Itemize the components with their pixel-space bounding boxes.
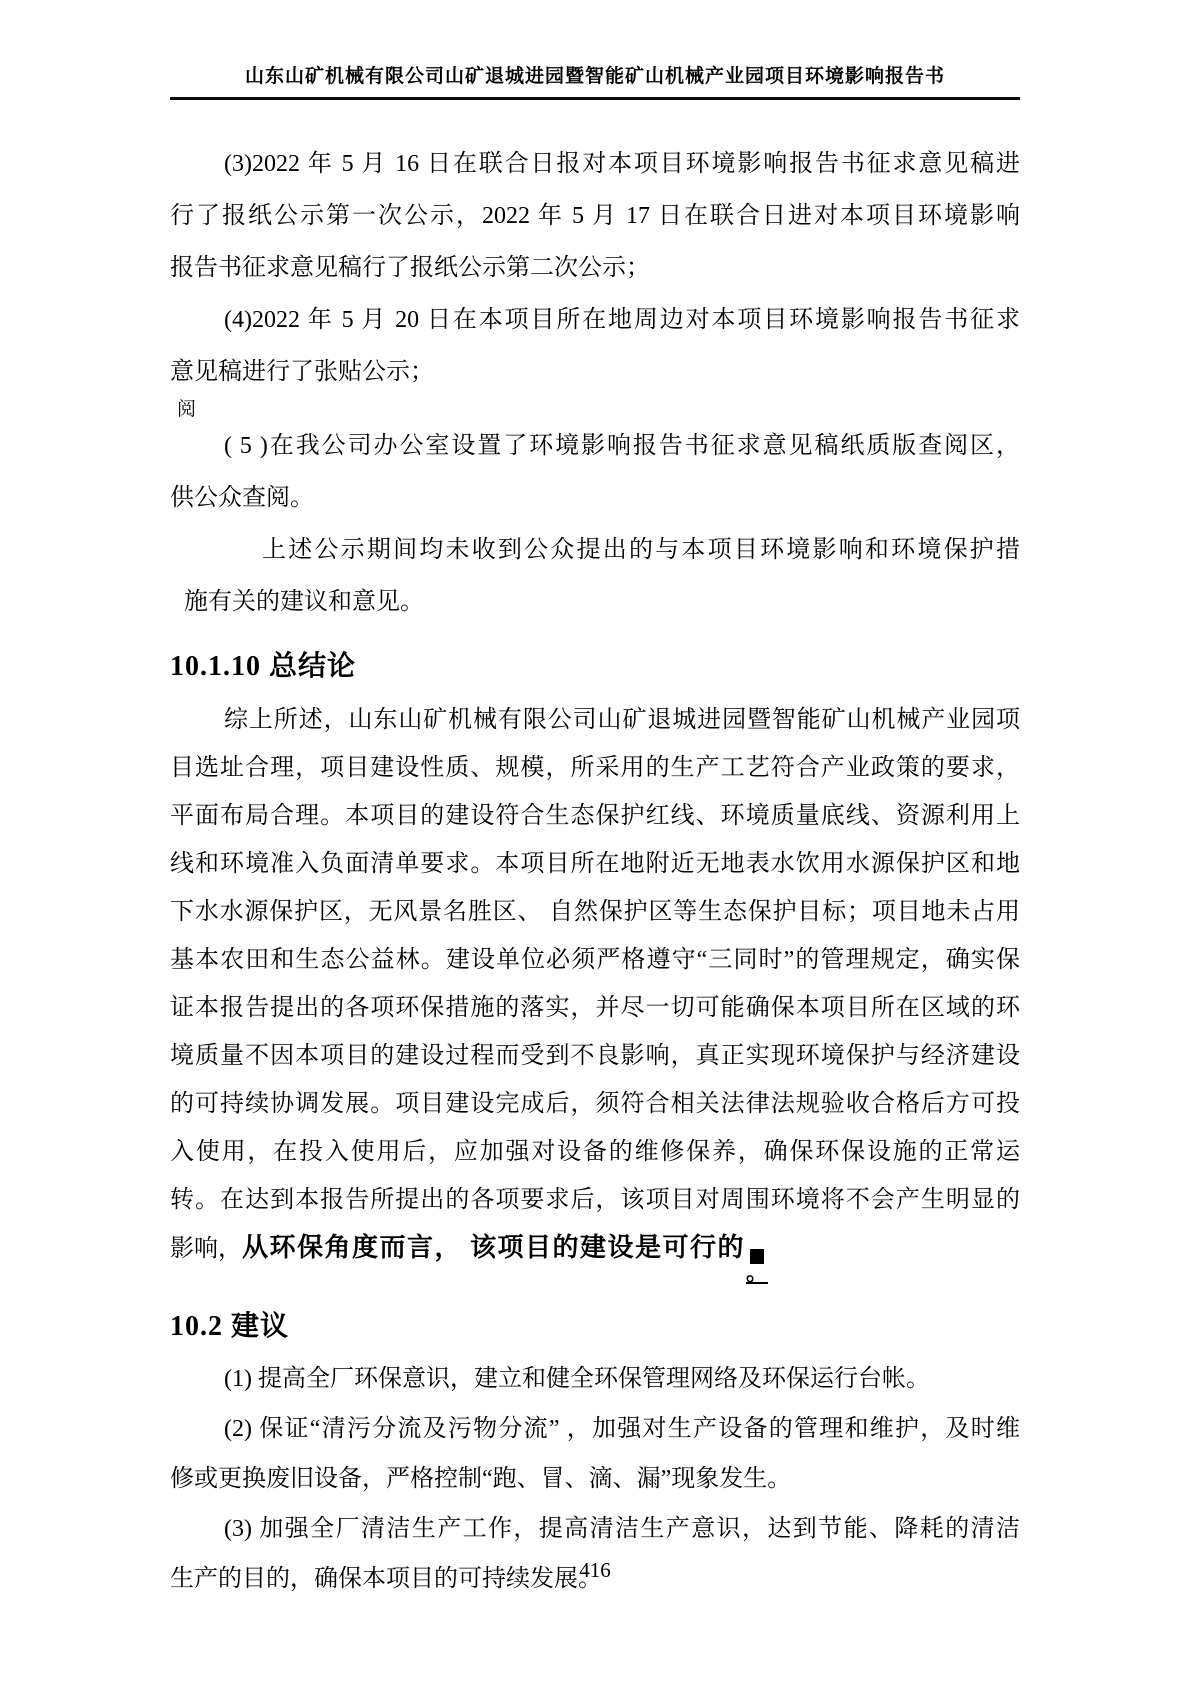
regular-text: 影响， (170, 1236, 242, 1262)
paragraph-summary-conclusion: 综上所述，山东山矿机械有限公司山矿退城进园暨智能矿山机械产业园项 目选址合理，项… (170, 696, 1020, 1284)
paragraph-line: 证本报告提出的各项环保措施的落实，并尽一切可能确保本项目所在区域的环 (170, 984, 1020, 1032)
highlight-artifact: 。 (746, 1249, 768, 1284)
underlined-period: 。 (746, 1264, 768, 1284)
paragraph-line: 下水水源保护区，无风景名胜区、 自然保护区等生态保护目标；项目地未占用 (170, 888, 1020, 936)
suggestion-item-1: (1) 提高全厂环保意识，建立和健全环保管理网络及环保运行台帐。 (170, 1354, 1020, 1404)
paragraph-posting-notice: (4)2022 年 5 月 20 日在本项目所在地周边对本项目环境影响报告书征求… (170, 294, 1020, 398)
paragraph-line: 入使用，在投入使用后，应加强对设备的维修保养，确保环保设施的正常运 (170, 1128, 1020, 1176)
document-page: { "page": { "header_title": "山东山矿机械有限公司山… (0, 0, 1190, 1683)
paragraph-line: 施有关的建议和意见。 (170, 576, 1020, 628)
stray-character: 阅 (170, 400, 1020, 420)
page-number: 416 (579, 1558, 611, 1582)
page-header: 山东山矿机械有限公司山矿退城进园暨智能矿山机械产业园项目环境影响报告书 (170, 0, 1020, 100)
paragraph-no-feedback: 上述公示期间均未收到公众提出的与本项目环境影响和环境保护措 施有关的建议和意见。 (170, 524, 1020, 628)
paragraph-line: 平面布局合理。本项目的建设符合生态保护红线、环境质量底线、资源利用上 (170, 792, 1020, 840)
suggestion-item-2: (2) 保证“清污分流及污物分流” ，加强对生产设备的管理和维护，及时维 修或更… (170, 1404, 1020, 1504)
paragraph-line: 上述公示期间均未收到公众提出的与本项目环境影响和环境保护措 (170, 524, 1020, 576)
paragraph-line: 修或更换废旧设备，严格控制“跑、冒、滴、漏”现象发生。 (170, 1454, 1020, 1504)
page: 山东山矿机械有限公司山矿退城进园暨智能矿山机械产业园项目环境影响报告书 (3)2… (0, 0, 1190, 1683)
section-heading-summary: 10.1.10 总结论 (170, 644, 1020, 684)
paragraph-line: 线和环境准入负面清单要求。本项目所在地附近无地表水饮用水源保护区和地 (170, 840, 1020, 888)
paragraph-line: (1) 提高全厂环保意识，建立和健全环保管理网络及环保运行台帐。 (170, 1354, 1020, 1404)
paragraph-line: 境质量不因本项目的建设过程而受到不良影响，真正实现环境保护与经济建设 (170, 1032, 1020, 1080)
paragraph-line: 供公众查阅。 (170, 472, 1020, 524)
section-heading-suggestions: 10.2 建议 (170, 1304, 1020, 1344)
paragraph-line: 综上所述，山东山矿机械有限公司山矿退城进园暨智能矿山机械产业园项 (170, 696, 1020, 744)
bold-conclusion-phrase: 从环保角度而言， 该项目的建设是可行的 (242, 1233, 745, 1262)
document-title: 山东山矿机械有限公司山矿退城进园暨智能矿山机械产业园项目环境影响报告书 (170, 62, 1020, 92)
paragraph-line: 报告书征求意见稿行了报纸公示第二次公示； (170, 242, 1020, 294)
document-body: (3)2022 年 5 月 16 日在联合日报对本项目环境影响报告书征求意见稿进… (170, 100, 1020, 1604)
paragraph-line: (3) 加强全厂清洁生产工作，提高清洁生产意识，达到节能、降耗的清洁 (170, 1504, 1020, 1554)
paragraph-line: ( 5 )在我公司办公室设置了环境影响报告书征求意见稿纸质版查阅区， (170, 420, 1020, 472)
paragraph-line: 行了报纸公示第一次公示，2022 年 5 月 17 日在联合日进对本项目环境影响 (170, 190, 1020, 242)
paragraph-line: (3)2022 年 5 月 16 日在联合日报对本项目环境影响报告书征求意见稿进 (170, 138, 1020, 190)
paragraph-reading-area: ( 5 )在我公司办公室设置了环境影响报告书征求意见稿纸质版查阅区， 供公众查阅… (170, 420, 1020, 524)
suggestion-item-3: (3) 加强全厂清洁生产工作，提高清洁生产意识，达到节能、降耗的清洁 生产的目的… (170, 1504, 1020, 1604)
paragraph-last-line: 影响，从环保角度而言， 该项目的建设是可行的。 (170, 1224, 1020, 1284)
paragraph-line: 转。在达到本报告所提出的各项要求后，该项目对周围环境将不会产生明显的 (170, 1176, 1020, 1224)
paragraph-line: 目选址合理，项目建设性质、规模，所采用的生产工艺符合产业政策的要求， (170, 744, 1020, 792)
paragraph-line: (2) 保证“清污分流及污物分流” ，加强对生产设备的管理和维护，及时维 (170, 1404, 1020, 1454)
paragraph-line: 的可持续协调发展。项目建设完成后，须符合相关法律法规验收合格后方可投 (170, 1080, 1020, 1128)
paragraph-newspaper-notice: (3)2022 年 5 月 16 日在联合日报对本项目环境影响报告书征求意见稿进… (170, 138, 1020, 294)
paragraph-line: 意见稿进行了张贴公示； (170, 346, 1020, 398)
page-footer: 416 (0, 1558, 1190, 1583)
paragraph-line: 基本农田和生态公益林。建设单位必须严格遵守“三同时”的管理规定，确实保 (170, 936, 1020, 984)
paragraph-line: (4)2022 年 5 月 20 日在本项目所在地周边对本项目环境影响报告书征求 (170, 294, 1020, 346)
